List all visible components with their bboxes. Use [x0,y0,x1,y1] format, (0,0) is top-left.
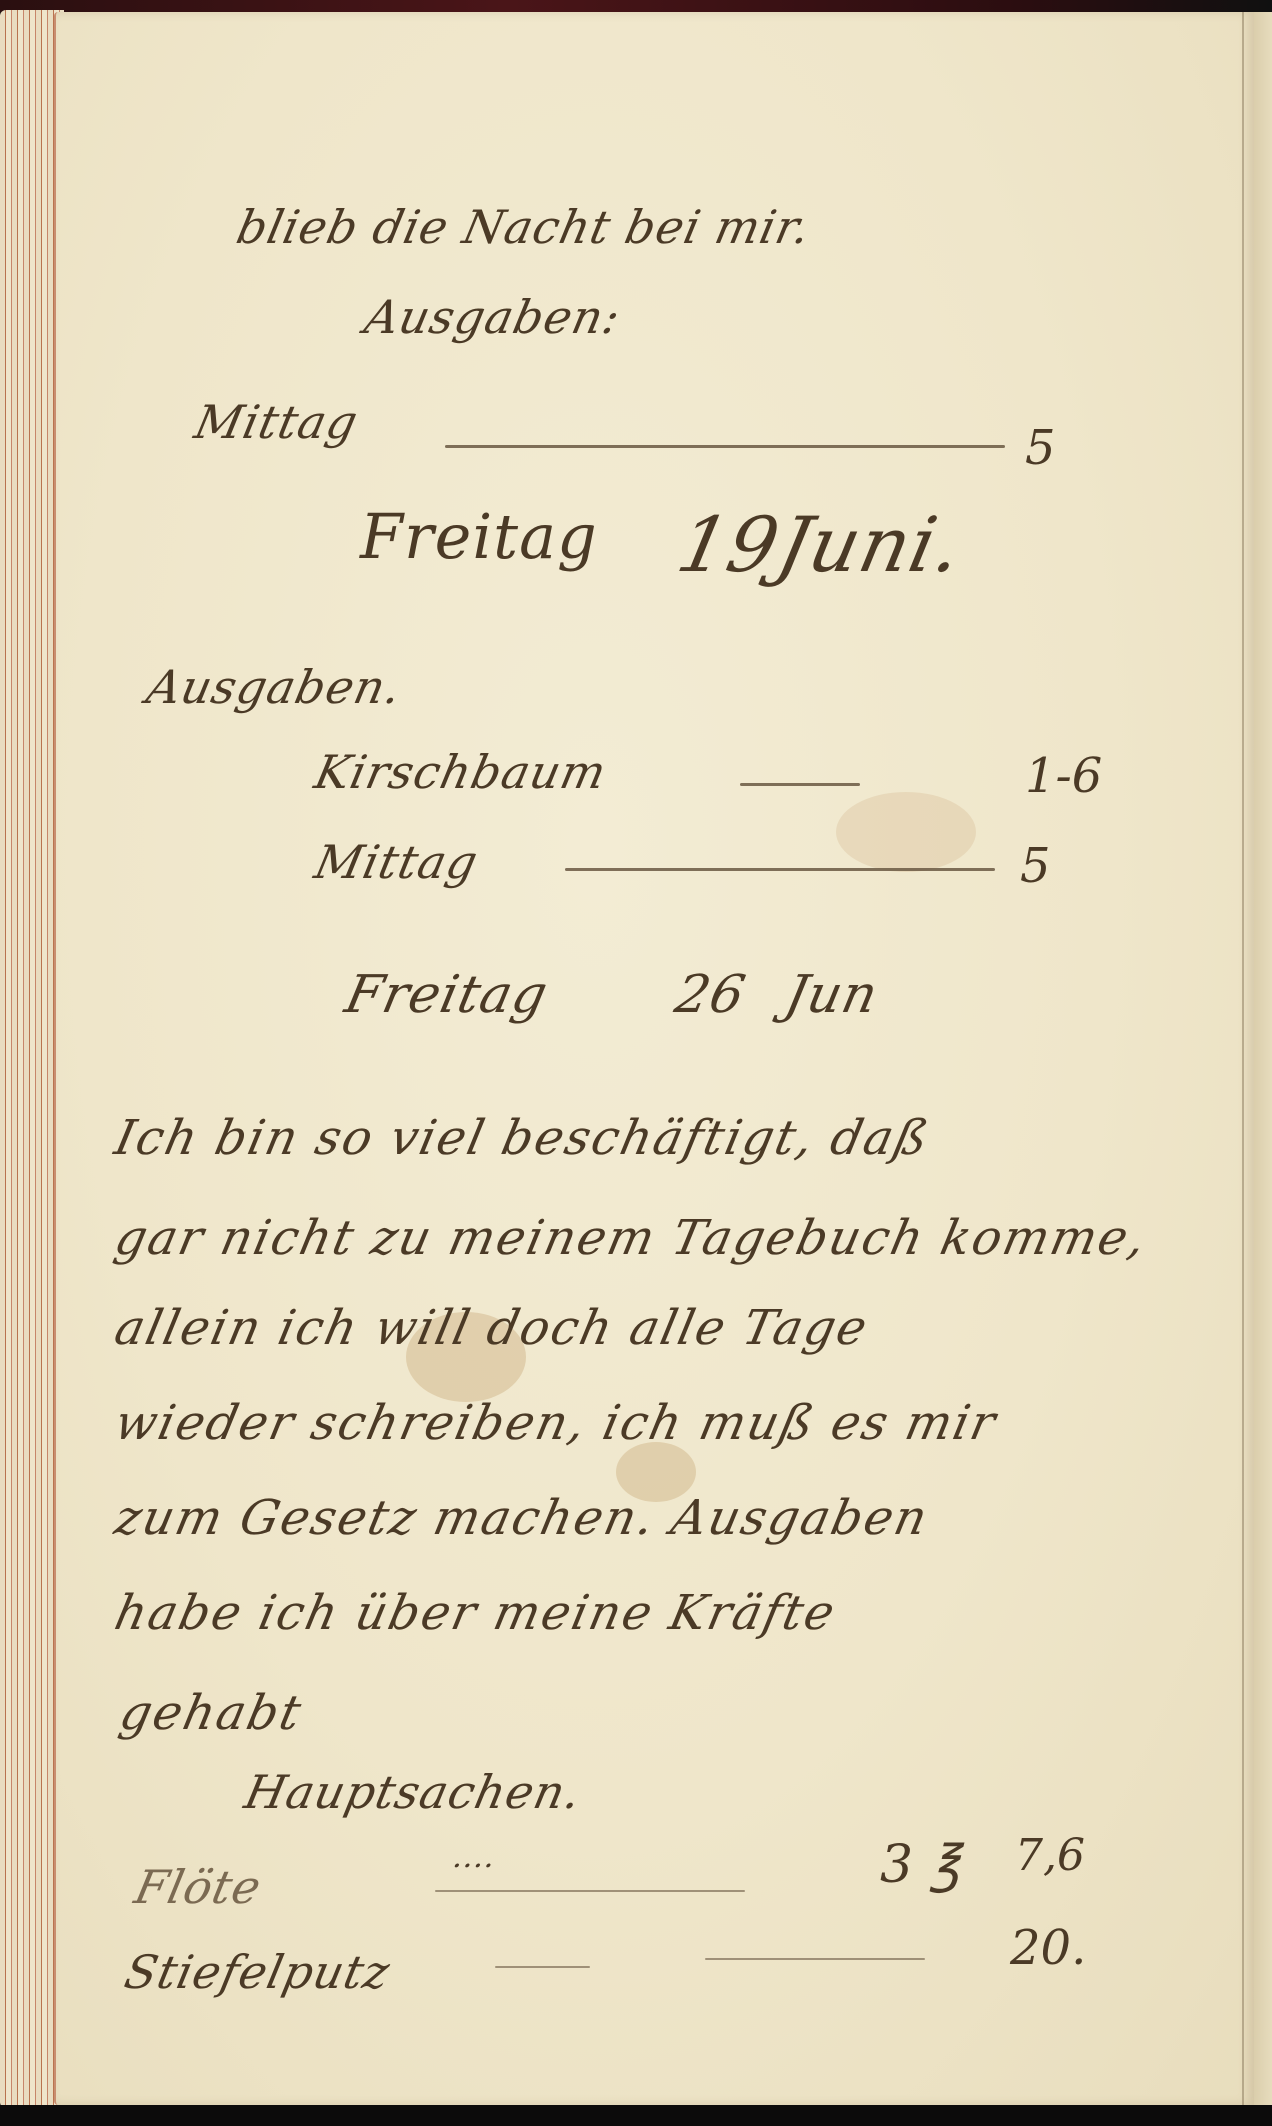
paragraph-line: gar nicht zu meinem Tagebuch komme, [110,1210,1152,1266]
date-day: 26 [670,965,751,1025]
ledger-item-label: Mittag [310,835,483,889]
expenses-header: Ausgaben. [142,660,407,714]
ledger-item-label: Kirschbaum [310,745,612,799]
manuscript-page [54,12,1254,2105]
paragraph-line: gehabt [115,1685,308,1741]
ledger-rule [435,1890,745,1892]
expenses-header: Ausgaben: [360,290,626,344]
paragraph-line: zum Gesetz machen. Ausgaben [110,1490,934,1546]
paragraph-line: Ich bin so viel beschäftigt, daß [110,1110,935,1166]
ledger-item-label: Stiefelputz [120,1945,395,1999]
ledger-rule [495,1966,590,1968]
ledger-rule [740,783,860,786]
ledger-item-amount: 5 [1025,420,1056,476]
date-month: Jun [780,965,884,1025]
ledger-rule [565,868,995,871]
paragraph-line: habe ich über meine Kräfte [110,1585,841,1641]
ledger-item-amount: 5 [1020,838,1051,894]
ledger-item-amount: 20. [1010,1920,1086,1976]
paragraph-line: allein ich will doch alle Tage [110,1300,874,1356]
date-month: Juni. [770,500,971,589]
paragraph-line: wieder schreiben, ich muß es mir [110,1395,1002,1451]
ledger-item-amount: 7,6 [1015,1830,1085,1881]
book-gutter [1252,12,1272,2105]
ledger-item-label: Mittag [190,395,363,449]
date-weekday: Freitag [360,500,598,573]
paper-stain [836,792,976,872]
date-heading: Freitag [360,500,598,573]
main-items-header: Hauptsachen. [240,1765,586,1819]
book-binding-bottom [0,2105,1272,2126]
ledger-rule [445,445,1005,448]
currency-symbol: 3 ℥ [880,1835,960,1895]
ledger-rule [705,1958,925,1960]
ledger-item-label: Flöte [130,1860,267,1914]
date-weekday: Freitag [340,965,553,1025]
book-binding-top [0,0,1272,12]
ledger-dots: .... [450,1840,500,1875]
diary-line: blieb die Nacht bei mir. [232,200,816,254]
ledger-item-amount: 1-6 [1025,748,1102,804]
date-day: 19 [670,500,788,589]
